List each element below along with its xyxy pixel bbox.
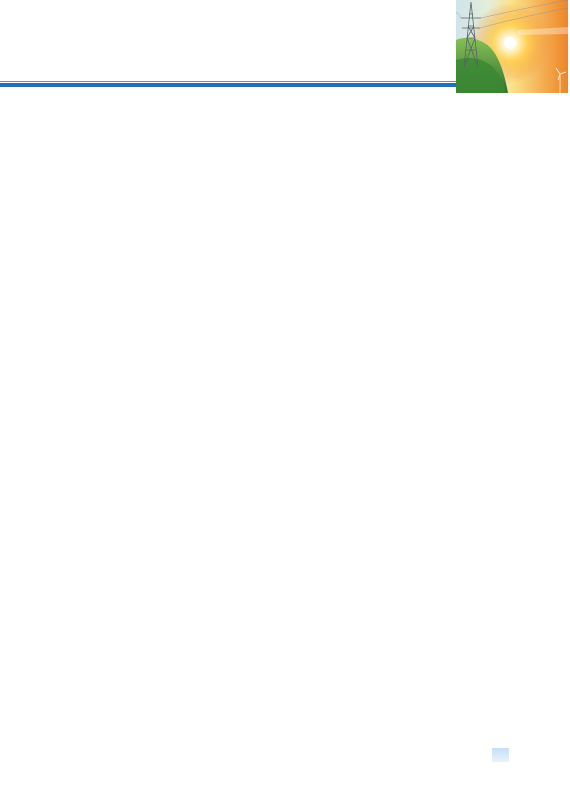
text-line [296,184,529,199]
text-line [47,352,280,367]
text-line [47,261,280,276]
text-line [47,95,280,110]
paragraph [47,95,280,186]
text-line [47,110,280,125]
left-column [47,95,280,729]
text-line [296,670,529,685]
column-banner [456,0,568,93]
text-line [296,228,529,243]
text-line [296,361,529,376]
text-line [296,331,529,346]
text-line [47,155,280,170]
text-line [296,464,529,479]
text-line [47,186,280,201]
text-line [296,302,529,317]
text-line [47,714,280,729]
text-line [47,503,280,518]
text-line [296,656,529,671]
text-line [47,699,280,714]
text-line [47,246,280,261]
text-line [296,346,529,361]
header-rule-blue [0,83,458,87]
text-line [47,397,280,412]
text-line [47,653,280,668]
text-line [47,201,280,216]
text-line [296,198,529,213]
text-line [47,306,280,321]
text-line [47,578,280,593]
text-line [296,582,529,597]
paragraph [47,337,280,458]
text-line [47,367,280,382]
text-line [296,434,529,449]
text-line [296,685,529,700]
journal-page [0,0,570,800]
text-line [296,213,529,228]
text-line [47,125,280,140]
text-line [296,611,529,626]
text-line [47,427,280,442]
subsubsection-heading [296,316,529,331]
text-line [296,272,529,287]
text-line [47,608,280,623]
text-line [296,257,529,272]
text-line [296,154,529,169]
page-number [492,748,509,762]
paragraph [47,186,280,322]
text-line [296,700,529,715]
text-line [296,405,529,420]
text-line [47,382,280,397]
text-line [47,533,280,548]
paragraph [296,331,529,626]
text-line [47,593,280,608]
text-line [47,442,280,457]
text-line [296,715,529,730]
text-line [47,638,280,653]
text-line [296,597,529,612]
text-line [296,523,529,538]
text-line [296,287,529,302]
text-line [47,684,280,699]
paragraph [296,641,529,730]
sun-icon [504,37,516,49]
text-line [47,412,280,427]
text-line [296,508,529,523]
text-line [47,337,280,352]
text-line [47,216,280,231]
text-line [296,493,529,508]
subsection-heading [47,457,280,472]
subsubsection-heading [296,626,529,641]
text-line [47,669,280,684]
text-line [296,169,529,184]
text-line [47,170,280,185]
text-line [47,563,280,578]
paragraph [296,154,529,316]
text-line [47,623,280,638]
text-line [47,231,280,246]
text-line [47,487,280,502]
text-line [296,390,529,405]
text-line [296,243,529,258]
paragraph [47,472,280,683]
text-line [296,420,529,435]
text-line [296,641,529,656]
text-line [47,472,280,487]
text-line [296,375,529,390]
text-line [47,291,280,306]
subsection-heading [47,321,280,336]
text-line [296,567,529,582]
right-column [296,139,529,729]
text-line [47,548,280,563]
paragraph [47,684,280,729]
text-line [47,518,280,533]
text-line [296,449,529,464]
header-rule-red [0,81,458,82]
text-line [296,479,529,494]
text-line [47,276,280,291]
text-line [47,140,280,155]
text-line [296,538,529,553]
subsection-heading [296,139,529,154]
text-line [296,552,529,567]
section-heading [296,109,315,127]
